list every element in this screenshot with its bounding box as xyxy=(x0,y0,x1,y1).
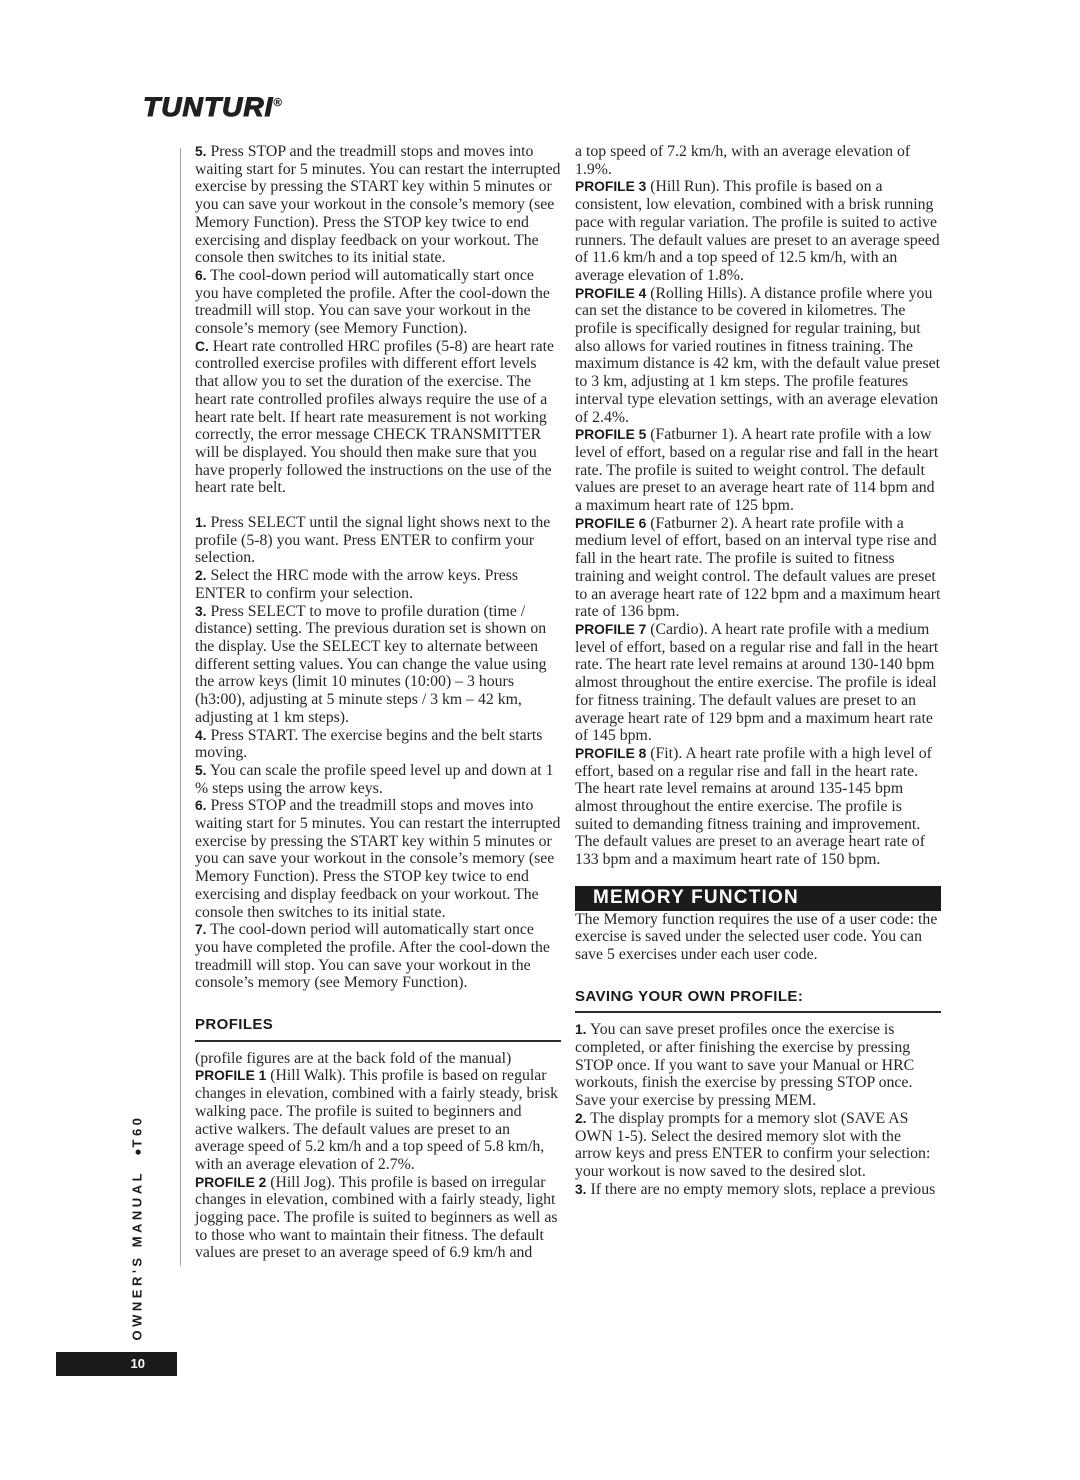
list-item: 6. Press STOP and the treadmill stops an… xyxy=(195,797,561,921)
section-heading: PROFILES xyxy=(195,1016,561,1042)
item-label: 5. xyxy=(195,763,207,778)
paragraph: PROFILE 3 (Hill Run). This profile is ba… xyxy=(575,178,941,284)
item-label: 6. xyxy=(195,268,207,283)
item-label: 2. xyxy=(575,1111,587,1126)
list-item: C. Heart rate controlled HRC profiles (5… xyxy=(195,338,561,497)
page-number: 10 xyxy=(131,1356,145,1371)
paragraph: PROFILE 8 (Fit). A heart rate profile wi… xyxy=(575,745,941,869)
item-label: PROFILE 4 xyxy=(575,286,646,301)
section-heading: SAVING YOUR OWN PROFILE: xyxy=(575,988,941,1014)
left-column-rule xyxy=(180,148,181,1266)
list-item: 3. If there are no empty memory slots, r… xyxy=(575,1181,941,1199)
item-label: 6. xyxy=(195,798,207,813)
paragraph: PROFILE 5 (Fatburner 1). A heart rate pr… xyxy=(575,426,941,515)
model-label: T60 xyxy=(130,1115,145,1148)
paragraph: PROFILE 7 (Cardio). A heart rate profile… xyxy=(575,621,941,745)
list-item: 5. You can scale the profile speed level… xyxy=(195,762,561,797)
registered-mark: ® xyxy=(274,97,282,109)
item-label: 7. xyxy=(195,922,207,937)
list-item: 5. Press STOP and the treadmill stops an… xyxy=(195,143,561,267)
list-item: 6. The cool-down period will automatical… xyxy=(195,267,561,338)
brand-logo-text: TUNTURI xyxy=(143,92,274,122)
numbered-list: 1. Press SELECT until the signal light s… xyxy=(195,514,561,992)
paragraph: The Memory function requires the use of … xyxy=(575,911,941,964)
item-label: PROFILE 7 xyxy=(575,622,646,637)
left-column: 5. Press STOP and the treadmill stops an… xyxy=(195,143,561,1262)
content-columns: 5. Press STOP and the treadmill stops an… xyxy=(195,143,941,1262)
item-label: PROFILE 8 xyxy=(575,746,646,761)
paragraph: a top speed of 7.2 km/h, with an average… xyxy=(575,143,941,178)
item-label: 1. xyxy=(195,515,207,530)
item-label: PROFILE 5 xyxy=(575,427,646,442)
list-item: 4. Press START. The exercise begins and … xyxy=(195,727,561,762)
item-label: 2. xyxy=(195,568,207,583)
bullet-icon: ● xyxy=(131,1147,145,1155)
list-item: 1. You can save preset profiles once the… xyxy=(575,1021,941,1110)
list-item: 3. Press SELECT to move to profile durat… xyxy=(195,603,561,727)
section-banner: MEMORY FUNCTION xyxy=(575,886,941,911)
list-item: 2. Select the HRC mode with the arrow ke… xyxy=(195,567,561,602)
paragraph: PROFILE 4 (Rolling Hills). A distance pr… xyxy=(575,285,941,427)
paragraph: (profile figures are at the back fold of… xyxy=(195,1050,561,1068)
right-column: a top speed of 7.2 km/h, with an average… xyxy=(575,143,941,1262)
brand-logo: TUNTURI® xyxy=(143,92,282,123)
item-label: 4. xyxy=(195,728,207,743)
list-item: 2. The display prompts for a memory slot… xyxy=(575,1110,941,1181)
item-label: 5. xyxy=(195,144,207,159)
paragraph: PROFILE 2 (Hill Jog). This profile is ba… xyxy=(195,1174,561,1263)
paragraph: PROFILE 1 (Hill Walk). This profile is b… xyxy=(195,1067,561,1173)
numbered-list: 5. Press STOP and the treadmill stops an… xyxy=(195,143,561,497)
item-label: PROFILE 1 xyxy=(195,1068,266,1083)
list-item: 1. Press SELECT until the signal light s… xyxy=(195,514,561,567)
paragraph: PROFILE 6 (Fatburner 2). A heart rate pr… xyxy=(575,515,941,621)
page-number-box: 10 xyxy=(56,1352,177,1376)
item-label: 3. xyxy=(575,1182,587,1197)
item-label: 1. xyxy=(575,1022,587,1037)
item-label: PROFILE 3 xyxy=(575,179,646,194)
numbered-list: 1. You can save preset profiles once the… xyxy=(575,1021,941,1198)
owners-manual-text: OWNER'S MANUAL xyxy=(130,1170,145,1341)
list-item: 7. The cool-down period will automatical… xyxy=(195,921,561,992)
owners-manual-vertical-label: OWNER'S MANUAL ●T60 xyxy=(130,1111,147,1341)
item-label: PROFILE 2 xyxy=(195,1175,266,1190)
item-label: C. xyxy=(195,339,209,354)
item-label: PROFILE 6 xyxy=(575,516,646,531)
item-label: 3. xyxy=(195,604,207,619)
manual-page: { "brand": { "logo_text": "TUNTURI", "re… xyxy=(0,0,1080,1480)
